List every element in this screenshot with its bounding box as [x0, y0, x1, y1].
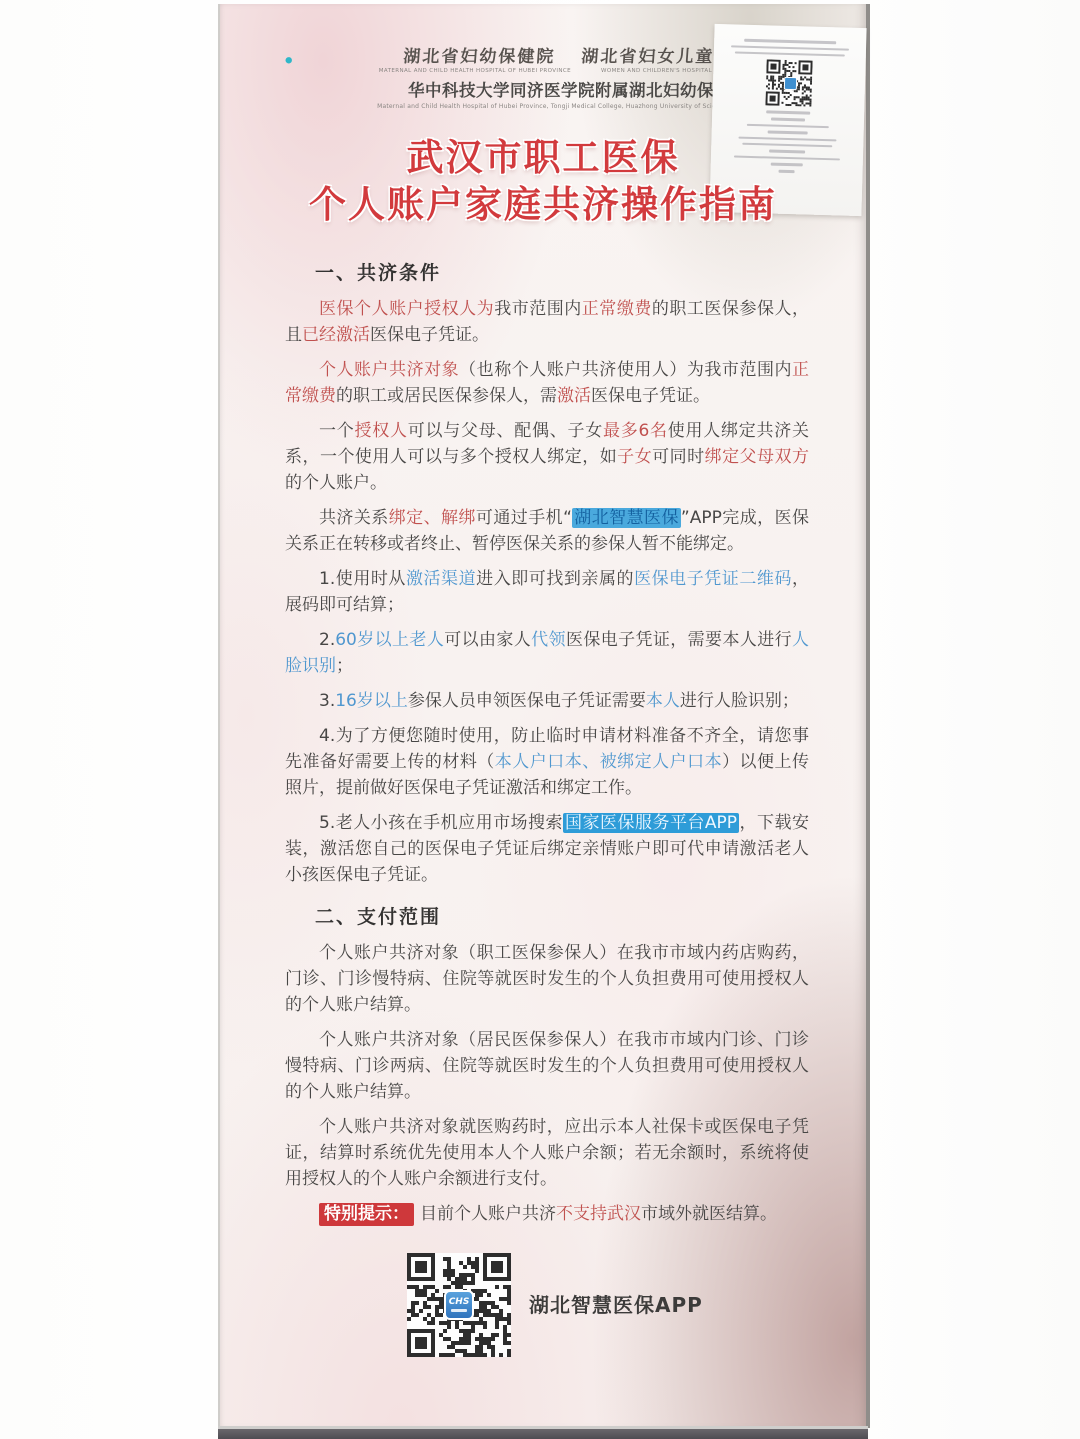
paragraph: 个人账户共济对象（职工医保参保人）在我市市域内药店购药，门诊、门诊慢特病、住院等… [285, 940, 809, 1018]
poster-stand-base [218, 1426, 868, 1439]
paragraph: 个人账户共济对象（居民医保参保人）在我市市域内门诊、门诊慢特病、门诊两病、住院等… [285, 1027, 809, 1105]
paragraph: 一个授权人可以与父母、配偶、子女最多6名使用人绑定共济关系，一个使用人可以与多个… [285, 418, 809, 496]
hospital-logo-icon [272, 52, 312, 92]
poster-body: 一、共济条件 医保个人账户授权人为我市范围内正常缴费的职工医保参保人，且已经激活… [285, 254, 809, 1357]
list-item-4: 4.为了方便您随时使用，防止临时申请材料准备不齐全，请您事先准备好需要上传的材料… [285, 723, 809, 801]
english-name-left: MATERNAL AND CHILD HEALTH HOSPITAL OF HU… [379, 68, 571, 74]
qr-app-label: 湖北智慧医保APP [529, 1292, 703, 1318]
list-item-3: 3.16岁以上参保人员申领医保电子凭证需要本人进行人脸识别； [285, 688, 809, 714]
title-line-1: 武汉市职工医保 [220, 134, 866, 181]
poster: 湖北省妇幼保健院 湖北省妇女儿童医院 MATERNAL AND CHILD HE… [218, 4, 870, 1428]
poster-title: 武汉市职工医保 个人账户家庭共济操作指南 [220, 134, 866, 228]
paragraph: 医保个人账户授权人为我市范围内正常缴费的职工医保参保人，且已经激活医保电子凭证。 [285, 296, 809, 348]
paragraph: 个人账户共济对象（也称个人账户共济使用人）为我市范围内正常缴费的职工或居民医保参… [285, 357, 809, 409]
list-item-1: 1.使用时从激活渠道进入即可找到亲属的医保电子凭证二维码，展码即可结算； [285, 566, 809, 618]
special-note-line: 特别提示：目前个人账户共济不支持武汉市域外就医结算。 [285, 1201, 809, 1227]
list-item-2: 2.60岁以上老人可以由家人代领医保电子凭证，需要本人进行人脸识别； [285, 627, 809, 679]
section-1-heading: 一、共济条件 [315, 260, 809, 286]
qr-footer: CHS 湖北智慧医保APP [407, 1253, 809, 1357]
note-qr-code [765, 59, 812, 106]
paragraph: 个人账户共济对象就医购药时，应出示本人社保卡或医保电子凭证，结算时系统优先使用本… [285, 1114, 809, 1192]
section-2-heading: 二、支付范围 [315, 904, 809, 930]
app-qr-code: CHS [407, 1253, 511, 1357]
chs-logo-icon: CHS [444, 1290, 474, 1320]
list-item-5: 5.老人小孩在手机应用市场搜索国家医保服务平台APP，下载安装，激活您自己的医保… [285, 810, 809, 888]
title-line-2: 个人账户家庭共济操作指南 [220, 181, 866, 228]
photo-of-poster: { "header": { "calligraphy_left": "湖北省妇幼… [0, 0, 1080, 1439]
special-note-badge: 特别提示： [319, 1203, 414, 1226]
note-qr-logo-icon [784, 77, 797, 90]
calligraphy-left: 湖北省妇幼保健院 [403, 42, 557, 67]
paragraph: 共济关系绑定、解绑可通过手机“湖北智慧医保”APP完成，医保关系正在转移或者终止… [285, 505, 809, 557]
